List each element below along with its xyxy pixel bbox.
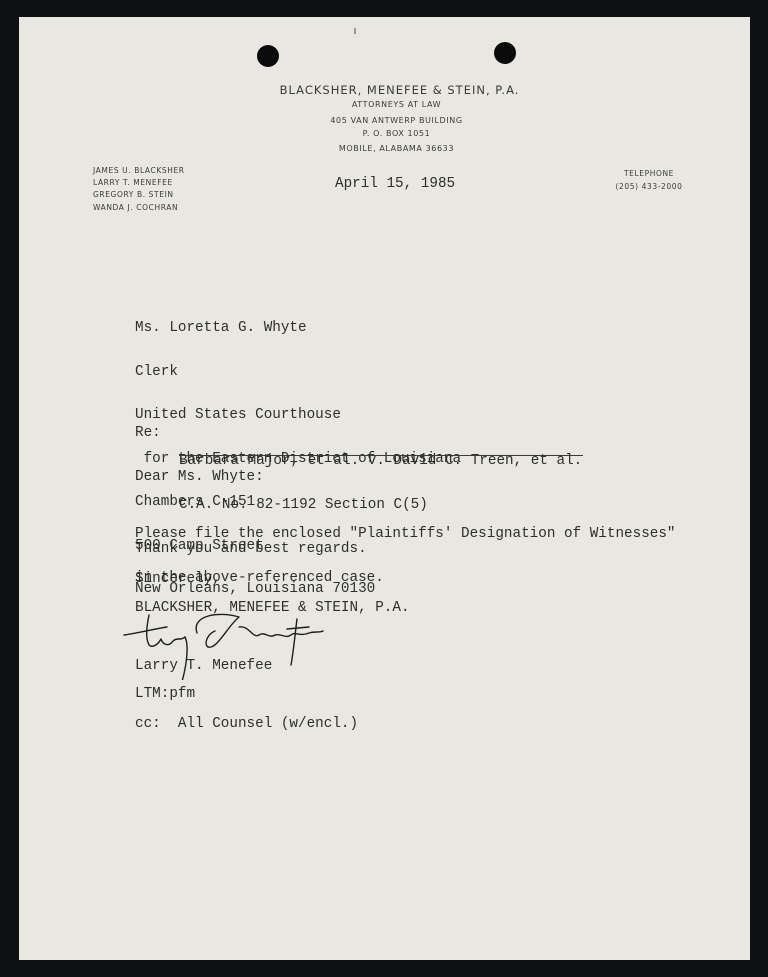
telephone-label: TELEPHONE: [599, 168, 699, 181]
punch-hole-right: [494, 42, 516, 64]
reference-initials: LTM:pfm: [135, 686, 195, 702]
firm-address-line: P. O. BOX 1051: [19, 129, 750, 138]
firm-address-line: 405 VAN ANTWERP BUILDING: [19, 116, 750, 125]
paper-speck: [354, 28, 356, 34]
partners-list: JAMES U. BLACKSHER LARRY T. MENEFEE GREG…: [93, 165, 185, 214]
re-underline: [179, 455, 583, 456]
partner-name: WANDA J. COCHRAN: [93, 202, 185, 214]
letter-page: BLACKSHER, MENEFEE & STEIN, P.A. ATTORNE…: [19, 17, 750, 960]
closing: Sincerely,: [135, 571, 221, 587]
telephone-block: TELEPHONE (205) 433-2000: [599, 168, 699, 193]
firm-subtitle: ATTORNEYS AT LAW: [19, 100, 750, 109]
re-label: Re:: [135, 425, 161, 441]
partner-name: LARRY T. MENEFEE: [93, 177, 185, 189]
letter-date: April 15, 1985: [335, 176, 455, 192]
address-line: United States Courthouse: [135, 408, 461, 423]
salutation: Dear Ms. Whyte:: [135, 469, 264, 485]
punch-hole-left: [257, 45, 279, 67]
thanks-line: Thank you and best regards.: [135, 541, 367, 557]
telephone-number: (205) 433-2000: [599, 181, 699, 194]
cc-line: cc: All Counsel (w/encl.): [135, 716, 358, 732]
address-line: Clerk: [135, 365, 461, 380]
body-line: Please file the enclosed "Plaintiffs' De…: [135, 527, 676, 542]
address-line: Ms. Loretta G. Whyte: [135, 321, 461, 336]
firm-name: BLACKSHER, MENEFEE & STEIN, P.A.: [19, 83, 750, 97]
partner-name: JAMES U. BLACKSHER: [93, 165, 185, 177]
partner-name: GREGORY B. STEIN: [93, 189, 185, 201]
signer-name: Larry T. Menefee: [135, 658, 272, 674]
firm-address-line: MOBILE, ALABAMA 36633: [19, 144, 750, 153]
re-line: Barbara Major, et al. v. David C. Treen,…: [179, 454, 582, 469]
